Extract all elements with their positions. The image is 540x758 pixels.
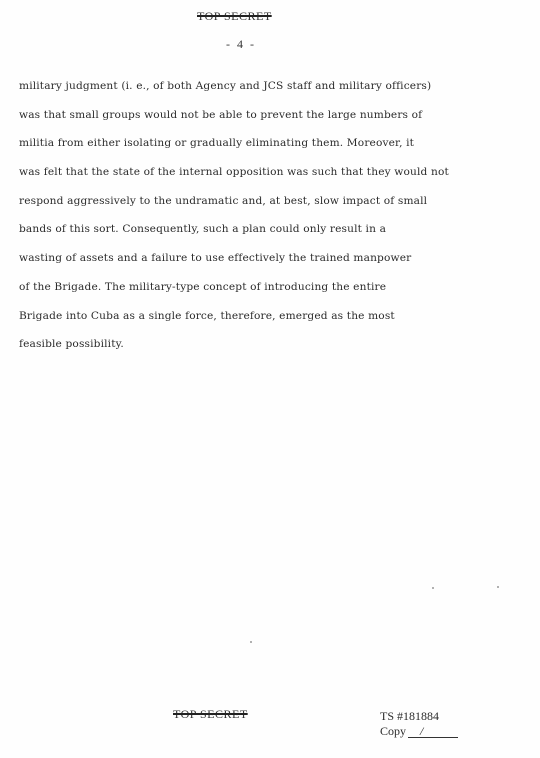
document-control-block: TS #181884 Copy /: [380, 709, 458, 739]
scan-speck: [497, 586, 499, 588]
copy-row: Copy /: [380, 724, 458, 739]
header-classification-marking: TOP SECRET: [197, 9, 272, 24]
body-line: wasting of assets and a failure to use e…: [19, 249, 519, 278]
copy-number-field: /: [408, 725, 458, 738]
control-number: TS #181884: [380, 709, 458, 724]
body-line: was that small groups would not be able …: [19, 106, 519, 135]
footer-classification-marking: TOP SECRET: [173, 707, 248, 722]
body-paragraph: military judgment (i. e., of both Agency…: [19, 77, 519, 364]
copy-label: Copy: [380, 724, 406, 739]
body-line: of the Brigade. The military-type concep…: [19, 278, 519, 307]
body-line: military judgment (i. e., of both Agency…: [19, 77, 519, 106]
body-line: Brigade into Cuba as a single force, the…: [19, 307, 519, 336]
body-line: respond aggressively to the undramatic a…: [19, 192, 519, 221]
scan-speck: [432, 587, 434, 589]
body-line: was felt that the state of the internal …: [19, 163, 519, 192]
body-line: bands of this sort. Consequently, such a…: [19, 220, 519, 249]
page-number: - 4 -: [226, 37, 256, 52]
document-page: TOP SECRET - 4 - military judgment (i. e…: [0, 0, 540, 758]
body-line: feasible possibility.: [19, 335, 519, 364]
scan-speck: [250, 641, 252, 643]
body-line: militia from either isolating or gradual…: [19, 134, 519, 163]
